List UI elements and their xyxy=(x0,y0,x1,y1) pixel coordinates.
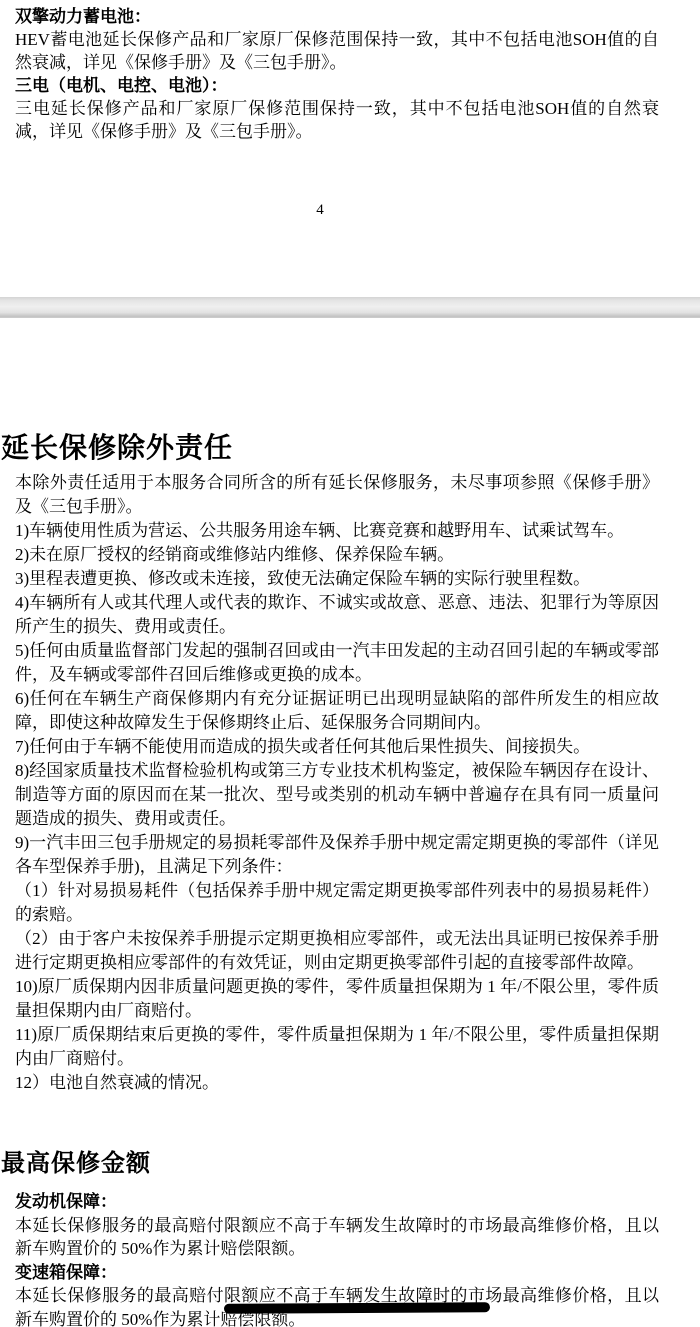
three-electric-heading: 三电（电机、电控、电池）： xyxy=(15,74,659,97)
section-title-exclusions: 延长保修除外责任 xyxy=(1,433,233,465)
exclusion-item: 11)原厂质保期结束后更换的零件，零件质量担保期为 1 年/不限公里，零件质量担… xyxy=(15,1023,659,1071)
exclusion-item: 1)车辆使用性质为营运、公共服务用途车辆、比赛竞赛和越野用车、试乘试驾车。 xyxy=(15,519,659,543)
exclusion-item: 6)任何在车辆生产商保修期内有充分证据证明已出现明显缺陷的部件所发生的相应故障，… xyxy=(15,687,659,735)
gearbox-coverage-heading: 变速箱保障： xyxy=(15,1261,659,1285)
hybrid-battery-heading: 双擎动力蓄电池： xyxy=(15,5,659,28)
exclusions-intro: 本除外责任适用于本服务合同所含的所有延长保修服务，未尽事项参照《保修手册》及《三… xyxy=(15,471,659,519)
engine-coverage-heading: 发动机保障： xyxy=(15,1190,659,1214)
three-electric-body: 三电延长保修产品和厂家原厂保修范围保持一致，其中不包括电池SOH值的自然衰减，详… xyxy=(15,97,659,143)
exclusions-section: 本除外责任适用于本服务合同所含的所有延长保修服务，未尽事项参照《保修手册》及《三… xyxy=(15,471,659,1095)
exclusion-subitem: （2）由于客户未按保养手册提示定期更换相应零部件，或无法出具证明已按保养手册进行… xyxy=(15,927,659,975)
exclusion-item: 3)里程表遭更换、修改或未连接，致使无法确定保险车辆的实际行驶里程数。 xyxy=(15,567,659,591)
exclusion-subitem: （1）针对易损易耗件（包括保养手册中规定需定期更换零部件列表中的易损易耗件）的索… xyxy=(15,879,659,927)
exclusion-item: 5)任何由质量监督部门发起的强制召回或由一汽丰田发起的主动召回引起的车辆或零部件… xyxy=(15,639,659,687)
section-title-max-amount: 最高保修金额 xyxy=(1,1151,151,1179)
engine-coverage-body: 本延长保修服务的最高赔付限额应不高于车辆发生故障时的市场最高维修价格，且以新车购… xyxy=(15,1214,659,1261)
exclusion-item: 2)未在原厂授权的经销商或维修站内维修、保养保险车辆。 xyxy=(15,543,659,567)
page-separator xyxy=(0,297,700,318)
page-number: 4 xyxy=(0,202,640,219)
black-marker-annotation xyxy=(224,1302,490,1314)
hybrid-battery-body: HEV蓄电池延长保修产品和厂家原厂保修范围保持一致，其中不包括电池SOH值的自然… xyxy=(15,28,659,74)
exclusion-item: 9)一汽丰田三包手册规定的易损耗零部件及保养手册中规定需定期更换的零部件（详见各… xyxy=(15,831,659,879)
page-4-content: 双擎动力蓄电池： HEV蓄电池延长保修产品和厂家原厂保修范围保持一致，其中不包括… xyxy=(15,5,659,143)
exclusion-item: 10)原厂质保期内因非质量问题更换的零件，零件质量担保期为 1 年/不限公里，零… xyxy=(15,975,659,1023)
exclusion-item: 12）电池自然衰减的情况。 xyxy=(15,1071,659,1095)
exclusion-item: 8)经国家质量技术监督检验机构或第三方专业技术机构鉴定，被保险车辆因存在设计、制… xyxy=(15,759,659,831)
exclusion-item: 4)车辆所有人或其代理人或代表的欺诈、不诚实或故意、恶意、违法、犯罪行为等原因所… xyxy=(15,591,659,639)
exclusion-item: 7)任何由于车辆不能使用而造成的损失或者任何其他后果性损失、间接损失。 xyxy=(15,735,659,759)
document-viewer[interactable]: 双擎动力蓄电池： HEV蓄电池延长保修产品和厂家原厂保修范围保持一致，其中不包括… xyxy=(0,0,700,1327)
